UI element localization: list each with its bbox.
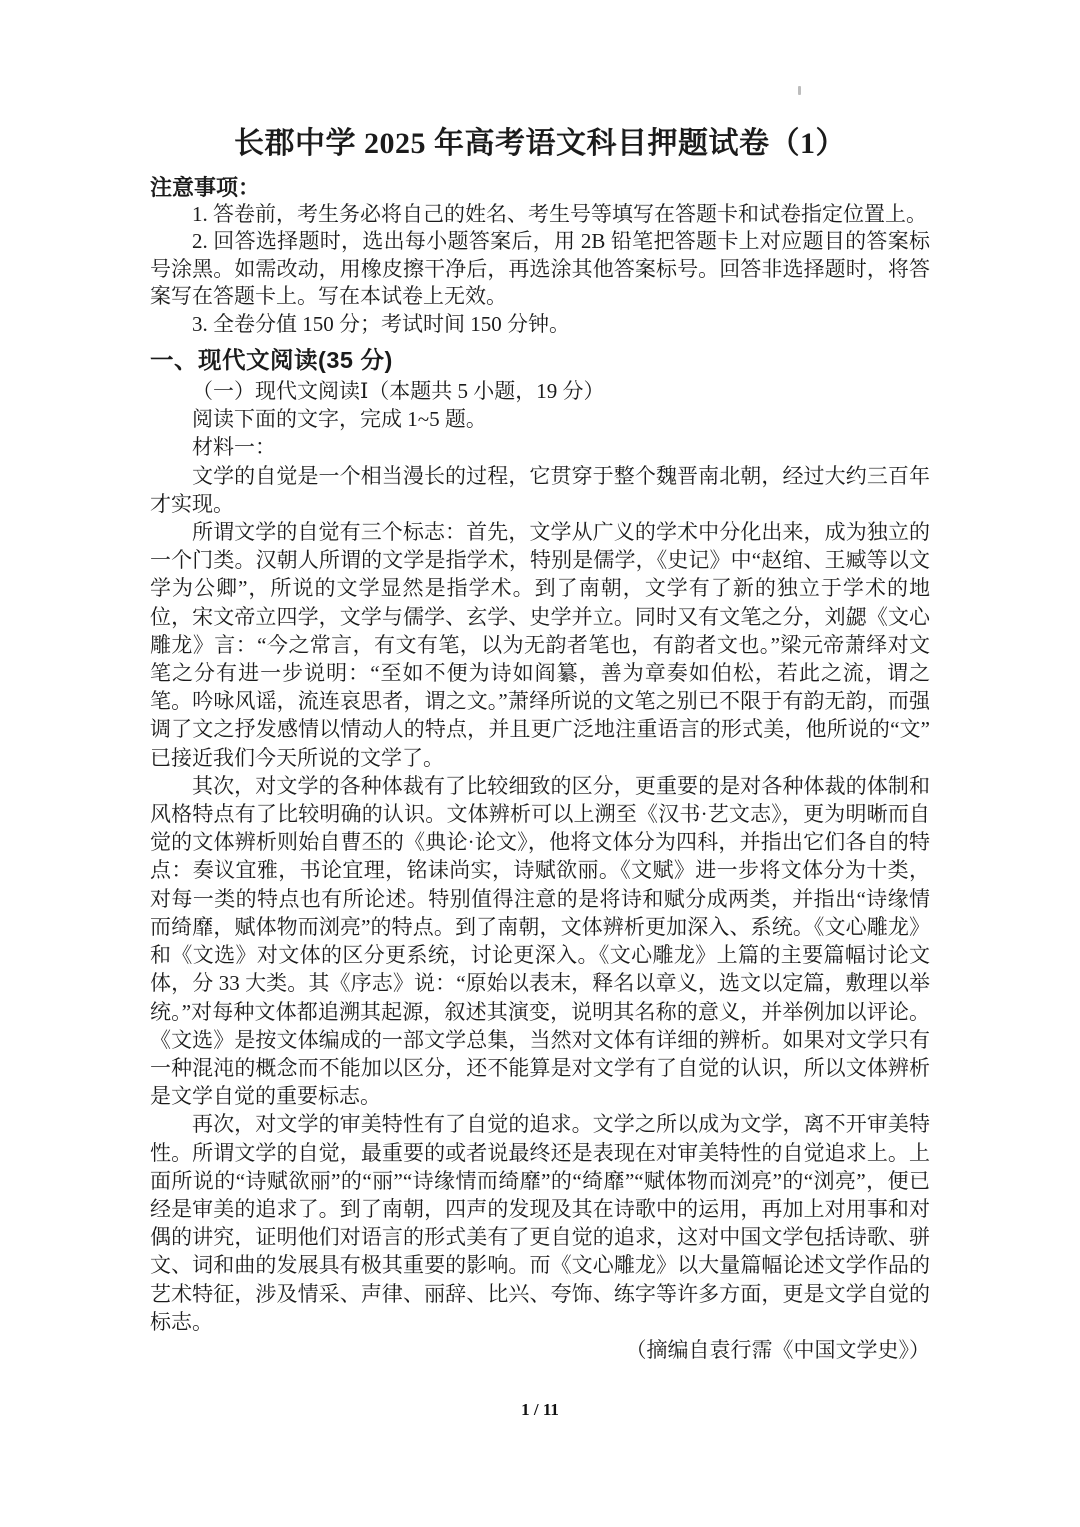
passage-attribution: （摘编自袁行霈《中国文学史》）	[150, 1336, 930, 1364]
passage-paragraph-3: 其次，对文学的各种体裁有了比较细致的区分，更重要的是对各种体裁的体制和风格特点有…	[150, 772, 930, 1110]
section-heading-modern-reading: 一、现代文阅读(35 分)	[150, 344, 930, 377]
passage-paragraph-4: 再次，对文学的审美特性有了自觉的追求。文学之所以成为文学，离不开审美特性。所谓文…	[150, 1110, 930, 1336]
page-footer: 1 / 11	[0, 1400, 1080, 1420]
page-content: 长郡中学 2025 年高考语文科目押题试卷（1） 注意事项： 1. 答卷前，考生…	[150, 0, 930, 1364]
passage-paragraph-1: 文学的自觉是一个相当漫长的过程，它贯穿于整个魏晋南北朝，经过大约三百年才实现。	[150, 462, 930, 518]
material-label: 材料一：	[150, 433, 930, 461]
notice-item-3: 3. 全卷分值 150 分；考试时间 150 分钟。	[150, 311, 930, 338]
notice-item-2: 2. 回答选择题时，选出每小题答案后，用 2B 铅笔把答题卡上对应题目的答案标号…	[150, 228, 930, 310]
notice-item-1: 1. 答卷前，考生务必将自己的姓名、考生号等填写在答题卡和试卷指定位置上。	[150, 201, 930, 228]
reading-instruction: 阅读下面的文字，完成 1~5 题。	[150, 405, 930, 433]
subsection-heading: （一）现代文阅读Ⅰ（本题共 5 小题，19 分）	[150, 377, 930, 405]
page-number: 1 / 11	[521, 1400, 559, 1419]
notice-heading: 注意事项：	[150, 174, 930, 201]
passage-paragraph-2: 所谓文学的自觉有三个标志：首先，文学从广义的学术中分化出来，成为独立的一个门类。…	[150, 518, 930, 772]
page-title: 长郡中学 2025 年高考语文科目押题试卷（1）	[150, 0, 930, 167]
exam-paper-page: 长郡中学 2025 年高考语文科目押题试卷（1） 注意事项： 1. 答卷前，考生…	[0, 0, 1080, 1527]
